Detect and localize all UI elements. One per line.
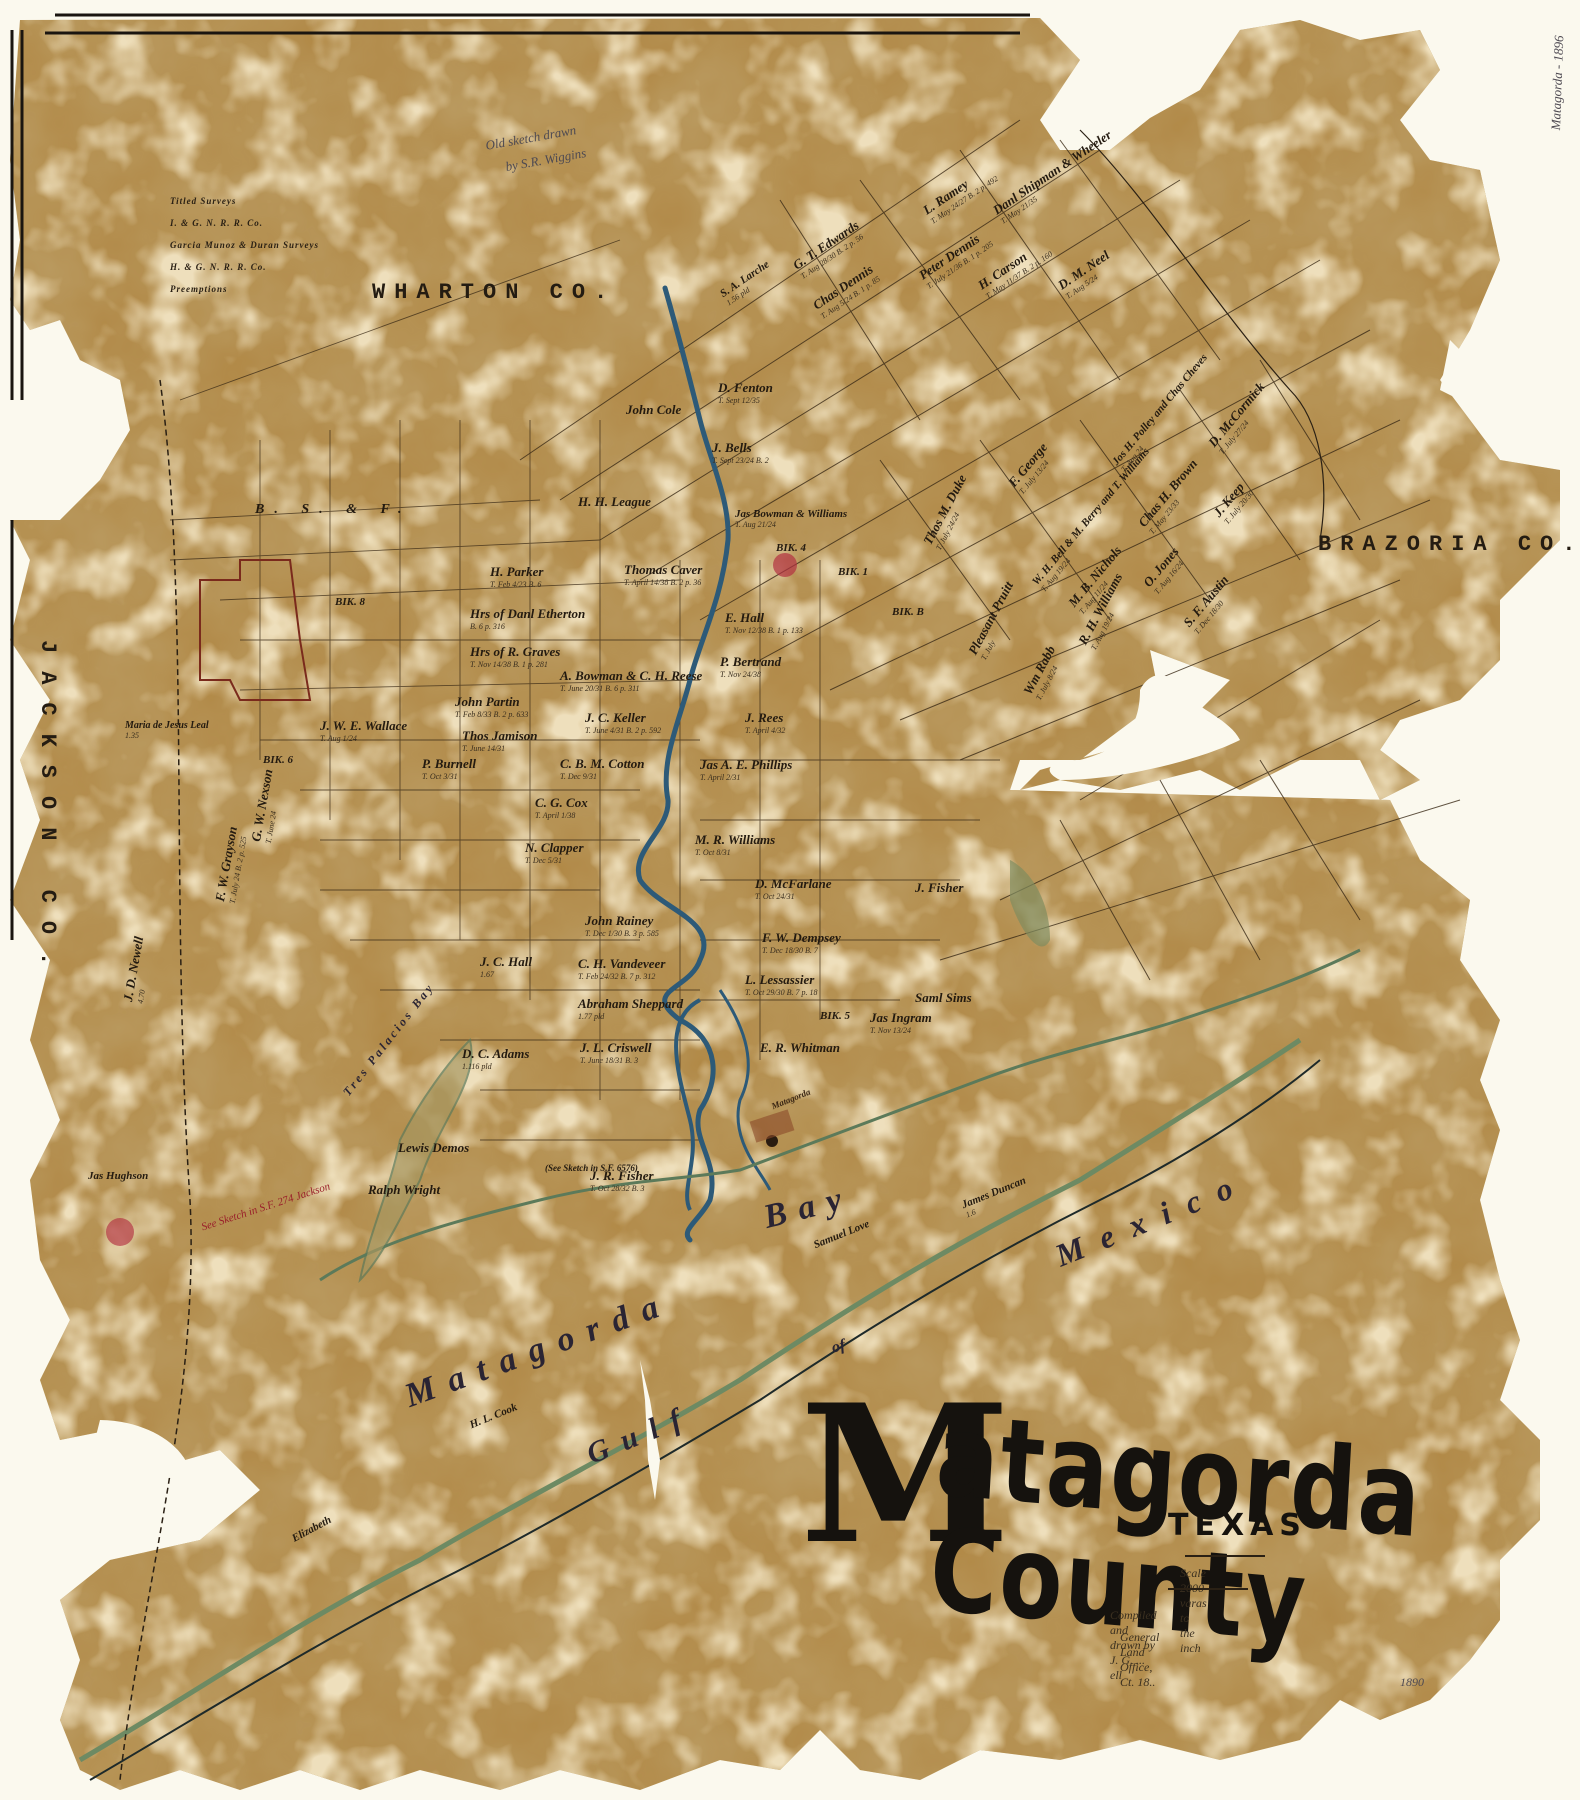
survey-label: Hrs of Danl EthertonB. 6 p. 316: [470, 606, 585, 631]
survey-label: C. H. VandeveerT. Feb 24/32 B. 7 p. 312: [578, 956, 665, 981]
survey-label: Jas Bowman & WilliamsT. Aug 21/24: [735, 508, 847, 529]
survey-label: P. BurnellT. Oct 3/31: [422, 756, 476, 781]
survey-label: D. McFarlaneT. Oct 24/31: [755, 876, 832, 901]
survey-label: J. L. CriswellT. June 18/31 B. 3: [580, 1040, 652, 1065]
survey-label: John Cole: [626, 402, 681, 418]
survey-label: Thomas CaverT. April 14/38 B. 2 p. 36: [624, 562, 702, 587]
legend-item-hgnrr: H. & G. N. R. R. Co.: [170, 262, 319, 272]
survey-label: C. B. M. CottonT. Dec 9/31: [560, 756, 645, 781]
block-label: BIK. 4: [776, 542, 806, 554]
survey-label: J. C. KellerT. June 4/31 B. 2 p. 592: [585, 710, 661, 735]
legend-item-garcia: Garcia Munoz & Duran Surveys: [170, 240, 319, 250]
block-label: BIK. 8: [335, 596, 365, 608]
survey-label: Hrs of R. GravesT. Nov 14/38 B. 1 p. 281: [470, 644, 560, 669]
survey-label: Jas A. E. PhillipsT. April 2/31: [700, 757, 792, 782]
survey-label: N. ClapperT. Dec 5/31: [525, 840, 584, 865]
survey-label: Jas Hughson: [88, 1170, 148, 1182]
legend-item-ignrr: I. & G. N. R. R. Co.: [170, 218, 319, 228]
survey-label: H. H. League: [578, 494, 651, 510]
county-label-jackson: JACKSON CO.: [35, 640, 60, 983]
legend-item-titled-surveys: Titled Surveys: [170, 196, 319, 206]
survey-label: Jas IngramT. Nov 13/24: [870, 1010, 932, 1035]
survey-label: Saml Sims: [915, 990, 972, 1006]
block-label: BIK. 5: [820, 1010, 850, 1022]
survey-label: Thos JamisonT. June 14/31: [462, 728, 538, 753]
survey-label: J. ReesT. April 4/32: [745, 710, 785, 735]
legend-item-preemptions: Preemptions: [170, 284, 319, 294]
survey-label: Ralph Wright: [368, 1182, 440, 1198]
survey-label: E. HallT. Nov 12/38 B. 1 p. 133: [725, 610, 803, 635]
survey-label: M. R. WilliamsT. Oct 8/31: [695, 832, 775, 857]
sketch-reference: (See Sketch in S.F. 6576): [545, 1163, 638, 1173]
survey-label: John PartinT. Feb 8/33 B. 2 p. 633: [455, 694, 528, 719]
red-stain: [773, 553, 797, 577]
survey-label: J. C. Hall1.67: [480, 954, 532, 979]
survey-label: Maria de Jesus Leal1.35: [125, 720, 209, 740]
divider: [1185, 1555, 1265, 1557]
survey-label: H. ParkerT. Feb 4/23 B. 6: [490, 564, 543, 589]
survey-label: C. G. CoxT. April 1/38: [535, 795, 588, 820]
survey-label: Abraham Sheppard1.77 pld: [578, 996, 683, 1021]
scale-bar: [1168, 1588, 1248, 1590]
county-label-wharton: WHARTON CO.: [372, 280, 616, 305]
survey-label: F. W. DempseyT. Dec 18/30 B. 7: [762, 930, 841, 955]
block-label: BIK. 6: [263, 754, 293, 766]
survey-label: J. W. E. WallaceT. Aug 1/24: [320, 718, 407, 743]
red-stain: [106, 1218, 134, 1246]
survey-label: E. R. Whitman: [760, 1040, 840, 1056]
survey-label: D. C. Adams1.116 pld: [462, 1046, 529, 1071]
archive-note: Matagorda - 1896: [1548, 35, 1567, 130]
block-label: BIK. 1: [838, 566, 868, 578]
survey-label: John RaineyT. Dec 1/30 B. 3 p. 585: [585, 913, 659, 938]
survey-label: L. LessassierT. Oct 29/30 B. 7 p. 18: [745, 972, 818, 997]
survey-label: J. BellsT. Sept 23/24 B. 2: [712, 440, 769, 465]
survey-label: J. Fisher: [915, 880, 963, 896]
survey-label: D. FentonT. Sept 12/35: [718, 380, 773, 405]
county-label-brazoria: BRAZORIA CO.: [1318, 532, 1580, 557]
block-label: BIK. B: [892, 606, 924, 618]
title-state: TEXAS: [1168, 1508, 1307, 1543]
office-note: General Land Office, Ct. 18..: [1120, 1630, 1159, 1690]
scale-note: Scale 2000 varas to the inch: [1180, 1566, 1207, 1656]
survey-label: Lewis Demos: [398, 1140, 469, 1156]
survey-label: P. BertrandT. Nov 24/38: [720, 654, 781, 679]
year-note: 1890: [1400, 1675, 1424, 1690]
legend: Titled Surveys I. & G. N. R. R. Co. Garc…: [170, 196, 319, 306]
survey-label: A. Bowman & C. H. ReeseT. June 20/31 B. …: [560, 668, 702, 693]
bsf-label: B. S. & F.: [255, 502, 412, 518]
